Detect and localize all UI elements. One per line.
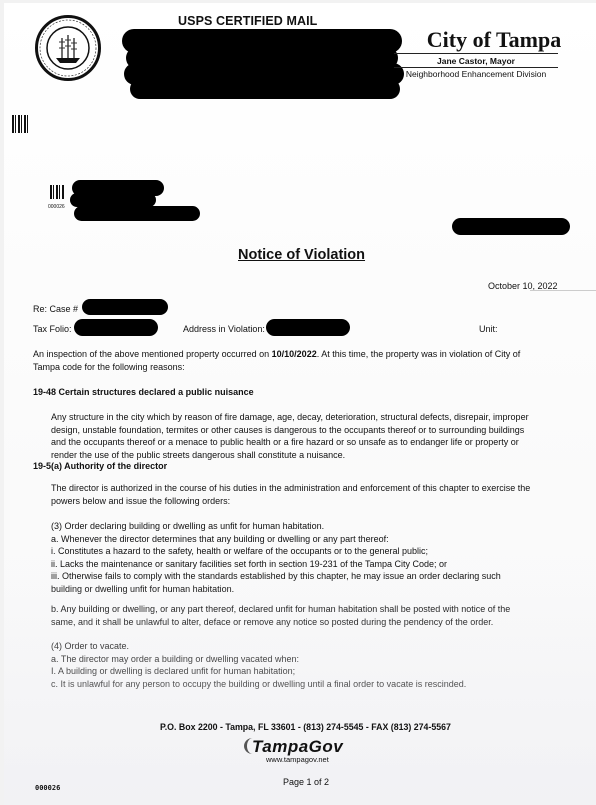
city-seal-icon xyxy=(35,15,101,81)
redaction xyxy=(452,218,570,235)
divider xyxy=(394,67,558,68)
text-line: c. It is unlawful for any person to occu… xyxy=(51,678,591,691)
inspection-text: . At this time, the property was in viol… xyxy=(317,349,521,359)
text-line: (4) Order to vacate. xyxy=(51,640,591,653)
document-code: 000026 xyxy=(35,784,60,792)
text-line: b. Any building or dwelling, or any part… xyxy=(51,603,591,616)
inspection-text: An inspection of the above mentioned pro… xyxy=(33,349,272,359)
text-line: same, and it shall be unlawful to alter,… xyxy=(51,616,591,629)
text-line: The director is authorized in the course… xyxy=(51,482,591,495)
barcode-code: 000026 xyxy=(48,204,65,210)
text-line: Any structure in the city which by reaso… xyxy=(51,411,591,424)
text-line: a. Whenever the director determines that… xyxy=(51,533,591,546)
mayor-name: Jane Castor, Mayor xyxy=(394,56,558,66)
text-line: ii. Lacks the maintenance or sanitary fa… xyxy=(51,558,591,571)
divider xyxy=(394,53,558,54)
inspection-statement: An inspection of the above mentioned pro… xyxy=(33,348,573,373)
section-heading: 19-48 Certain structures declared a publ… xyxy=(33,386,254,399)
text-line: and the occupants thereof or a menace to… xyxy=(51,436,591,449)
tampagov-logo: TampaGov xyxy=(252,737,343,757)
divider xyxy=(530,290,596,291)
letter-page: USPS CERTIFIED MAIL City of Tampa Jane C… xyxy=(4,3,596,805)
datamatrix-barcode-icon xyxy=(50,185,64,199)
redaction xyxy=(74,206,200,221)
footer-address: P.O. Box 2200 - Tampa, FL 33601 - (813) … xyxy=(160,722,451,732)
order-3b: b. Any building or dwelling, or any part… xyxy=(51,603,591,628)
section-heading: 19-5(a) Authority of the director xyxy=(33,460,167,473)
text-line: I. A building or dwelling is declared un… xyxy=(51,665,591,678)
city-name: City of Tampa xyxy=(419,27,569,53)
division-name: Neighborhood Enhancement Division xyxy=(394,69,558,79)
case-label: Re: Case # xyxy=(33,303,78,315)
tax-folio-label: Tax Folio: xyxy=(33,323,72,335)
section-body: Any structure in the city which by reaso… xyxy=(51,411,591,461)
text-line: (3) Order declaring building or dwelling… xyxy=(51,520,591,533)
address-label: Address in Violation: xyxy=(183,323,265,335)
text-line: a. The director may order a building or … xyxy=(51,653,591,666)
redaction xyxy=(266,319,350,336)
mail-type-label: USPS CERTIFIED MAIL xyxy=(178,14,317,28)
order-3: (3) Order declaring building or dwelling… xyxy=(51,520,591,595)
text-line: i. Constitutes a hazard to the safety, h… xyxy=(51,545,591,558)
page-number: Page 1 of 2 xyxy=(283,777,329,787)
text-line: building or dwelling unfit for human hab… xyxy=(51,583,591,596)
unit-label: Unit: xyxy=(479,323,498,335)
datamatrix-barcode-icon xyxy=(12,115,30,133)
page-title: Notice of Violation xyxy=(238,247,365,263)
inspection-date: 10/10/2022 xyxy=(272,349,317,359)
text-line: powers below and issue the following ord… xyxy=(51,495,591,508)
section-intro: The director is authorized in the course… xyxy=(51,482,591,507)
redaction xyxy=(82,299,168,315)
redaction xyxy=(70,193,156,207)
text-line: iii. Otherwise fails to comply with the … xyxy=(51,570,591,583)
order-4: (4) Order to vacate. a. The director may… xyxy=(51,640,591,690)
redaction xyxy=(130,79,400,99)
redaction xyxy=(74,319,158,336)
inspection-text: Tampa code for the following reasons: xyxy=(33,362,185,372)
footer-url: www.tampagov.net xyxy=(266,755,329,764)
text-line: design, unstable foundation, termites or… xyxy=(51,424,591,437)
